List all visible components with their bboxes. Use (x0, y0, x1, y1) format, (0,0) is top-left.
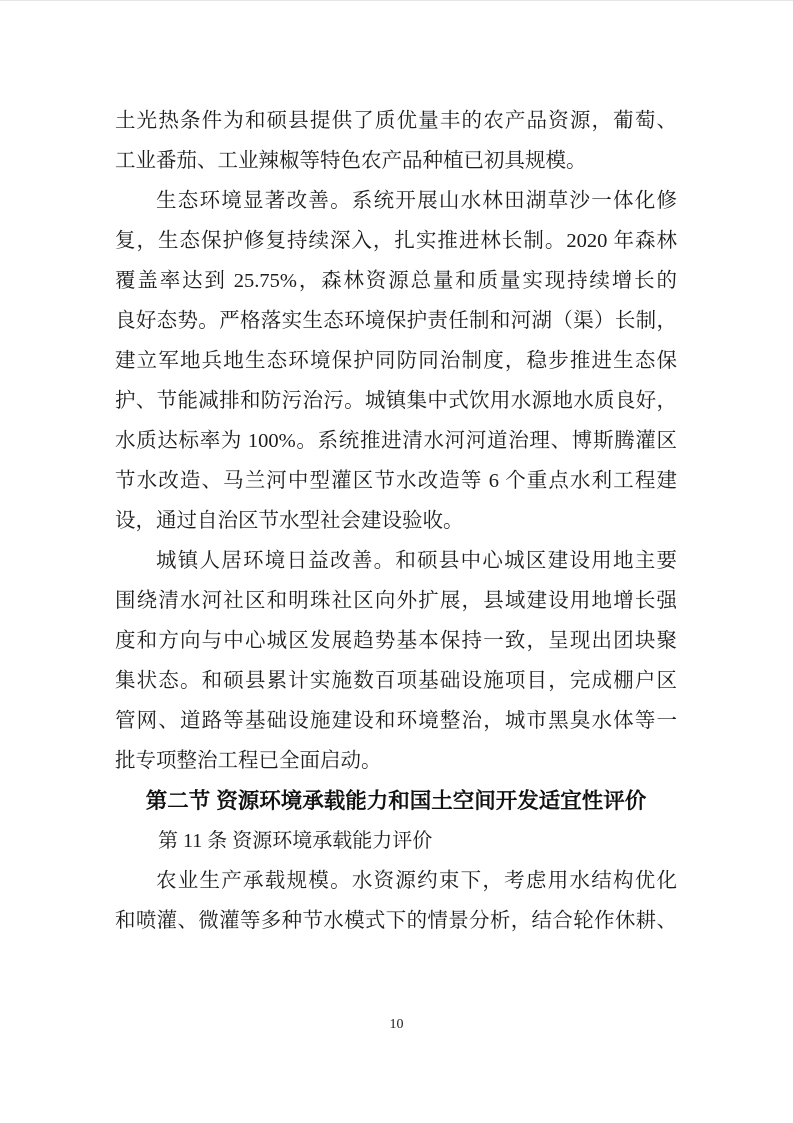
body-line: 集状态。和硕县累计实施数百项基础设施项目，完成棚户区 (115, 661, 677, 701)
body-line: 复，生态保护修复持续深入，扎实推进林长制。2020 年森林 (115, 221, 677, 261)
body-line: 城镇人居环境日益改善。和硕县中心城区建设用地主要 (115, 541, 677, 581)
body-line: 土光热条件为和硕县提供了质优量丰的农产品资源，葡萄、 (115, 101, 677, 141)
body-line: 护、节能减排和防污治污。城镇集中式饮用水源地水质良好， (115, 381, 677, 421)
document-page: 土光热条件为和硕县提供了质优量丰的农产品资源，葡萄、 工业番茄、工业辣椒等特色农… (0, 0, 793, 1123)
body-line: 建立军地兵地生态环境保护同防同治制度，稳步推进生态保 (115, 341, 677, 381)
body-line: 节水改造、马兰河中型灌区节水改造等 6 个重点水利工程建 (115, 461, 677, 501)
article-heading: 第 11 条 资源环境承载能力评价 (115, 821, 677, 861)
body-line: 批专项整治工程已全面启动。 (115, 741, 677, 781)
body-line: 设，通过自治区节水型社会建设验收。 (115, 501, 677, 541)
section-heading: 第二节 资源环境承载能力和国土空间开发适宜性评价 (115, 781, 677, 821)
body-line: 和喷灌、微灌等多种节水模式下的情景分析，结合轮作休耕、 (115, 901, 677, 941)
body-line: 水质达标率为 100%。系统推进清水河河道治理、博斯腾灌区 (115, 421, 677, 461)
body-line: 工业番茄、工业辣椒等特色农产品种植已初具规模。 (115, 141, 677, 181)
body-line: 生态环境显著改善。系统开展山水林田湖草沙一体化修 (115, 181, 677, 221)
body-line: 度和方向与中心城区发展趋势基本保持一致，呈现出团块聚 (115, 621, 677, 661)
body-line: 管网、道路等基础设施建设和环境整治，城市黑臭水体等一 (115, 701, 677, 741)
body-line: 围绕清水河社区和明珠社区向外扩展，县域建设用地增长强 (115, 581, 677, 621)
body-line: 良好态势。严格落实生态环境保护责任制和河湖（渠）长制， (115, 301, 677, 341)
body-line: 农业生产承载规模。水资源约束下，考虑用水结构优化 (115, 861, 677, 901)
body-line: 覆盖率达到 25.75%，森林资源总量和质量实现持续增长的 (115, 261, 677, 301)
page-number: 10 (0, 1015, 793, 1035)
document-body: 土光热条件为和硕县提供了质优量丰的农产品资源，葡萄、 工业番茄、工业辣椒等特色农… (115, 101, 677, 941)
